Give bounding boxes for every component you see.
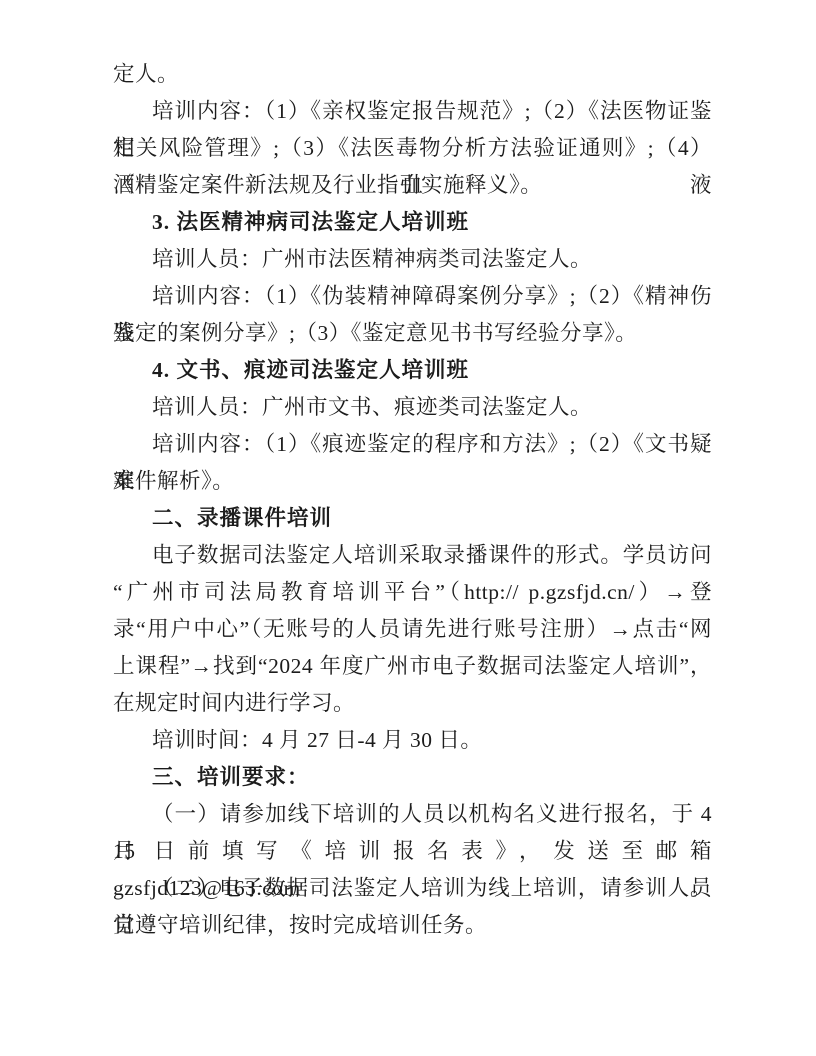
body-line: 案件解析》。	[113, 463, 712, 500]
para-training-content-forensic-evidence: 培训内容：（1）《亲权鉴定报告规范》;（2）《法医物证鉴定	[113, 93, 712, 130]
para-training-time: 培训时间：4 月 27 日-4 月 30 日。	[113, 722, 712, 759]
body-line-user-center: 录“用户中心”（无账号的人员请先进行账号注册）→点击“网	[113, 611, 712, 648]
section-heading-4-documents-traces: 4. 文书、痕迹司法鉴定人培训班	[113, 352, 712, 389]
section-heading-recorded-courseware: 二、录播课件培训	[113, 500, 712, 537]
para-training-content-psychiatry: 培训内容：（1）《伪装精神障碍案例分享》;（2）《精神伤残	[113, 278, 712, 315]
body-line-registration-email: 15 日前填写《培训报名表》，发送至邮箱 gzsfjd123@163.com。	[113, 833, 712, 870]
body-line-continuation: 定人。	[113, 56, 712, 93]
section-heading-training-requirements: 三、培训要求：	[113, 759, 712, 796]
body-line: 相关风险管理》;（3）《法医毒物分析方法验证通则》;（4）《血液	[113, 130, 712, 167]
body-line-platform-url: “广州市司法局教育培训平台”（http:// p.gzsfjd.cn/）→登	[113, 574, 712, 611]
document-page: 定人。 培训内容：（1）《亲权鉴定报告规范》;（2）《法医物证鉴定 相关风险管理…	[0, 0, 816, 1056]
para-requirement-1: （一）请参加线下培训的人员以机构名义进行报名，于 4 月	[113, 796, 712, 833]
para-online-training-intro: 电子数据司法鉴定人培训采取录播课件的形式。学员访问	[113, 537, 712, 574]
document-text-block: 定人。 培训内容：（1）《亲权鉴定报告规范》;（2）《法医物证鉴定 相关风险管理…	[113, 56, 712, 944]
para-requirement-2: （二）电子数据司法鉴定人培训为线上培训，请参训人员自	[113, 870, 712, 907]
para-trainees-documents-traces: 培训人员：广州市文书、痕迹类司法鉴定人。	[113, 389, 712, 426]
body-line: 在规定时间内进行学习。	[113, 685, 712, 722]
section-heading-3-forensic-psychiatry: 3. 法医精神病司法鉴定人培训班	[113, 204, 712, 241]
body-line: 觉遵守培训纪律，按时完成培训任务。	[113, 907, 712, 944]
body-line: 鉴定的案例分享》;（3）《鉴定意见书书写经验分享》。	[113, 315, 712, 352]
para-training-content-traces: 培训内容：（1）《痕迹鉴定的程序和方法》;（2）《文书疑难	[113, 426, 712, 463]
body-line-course-name: 上课程”→找到“2024 年度广州市电子数据司法鉴定人培训”，	[113, 648, 712, 685]
para-trainees-forensic-psychiatry: 培训人员：广州市法医精神病类司法鉴定人。	[113, 241, 712, 278]
